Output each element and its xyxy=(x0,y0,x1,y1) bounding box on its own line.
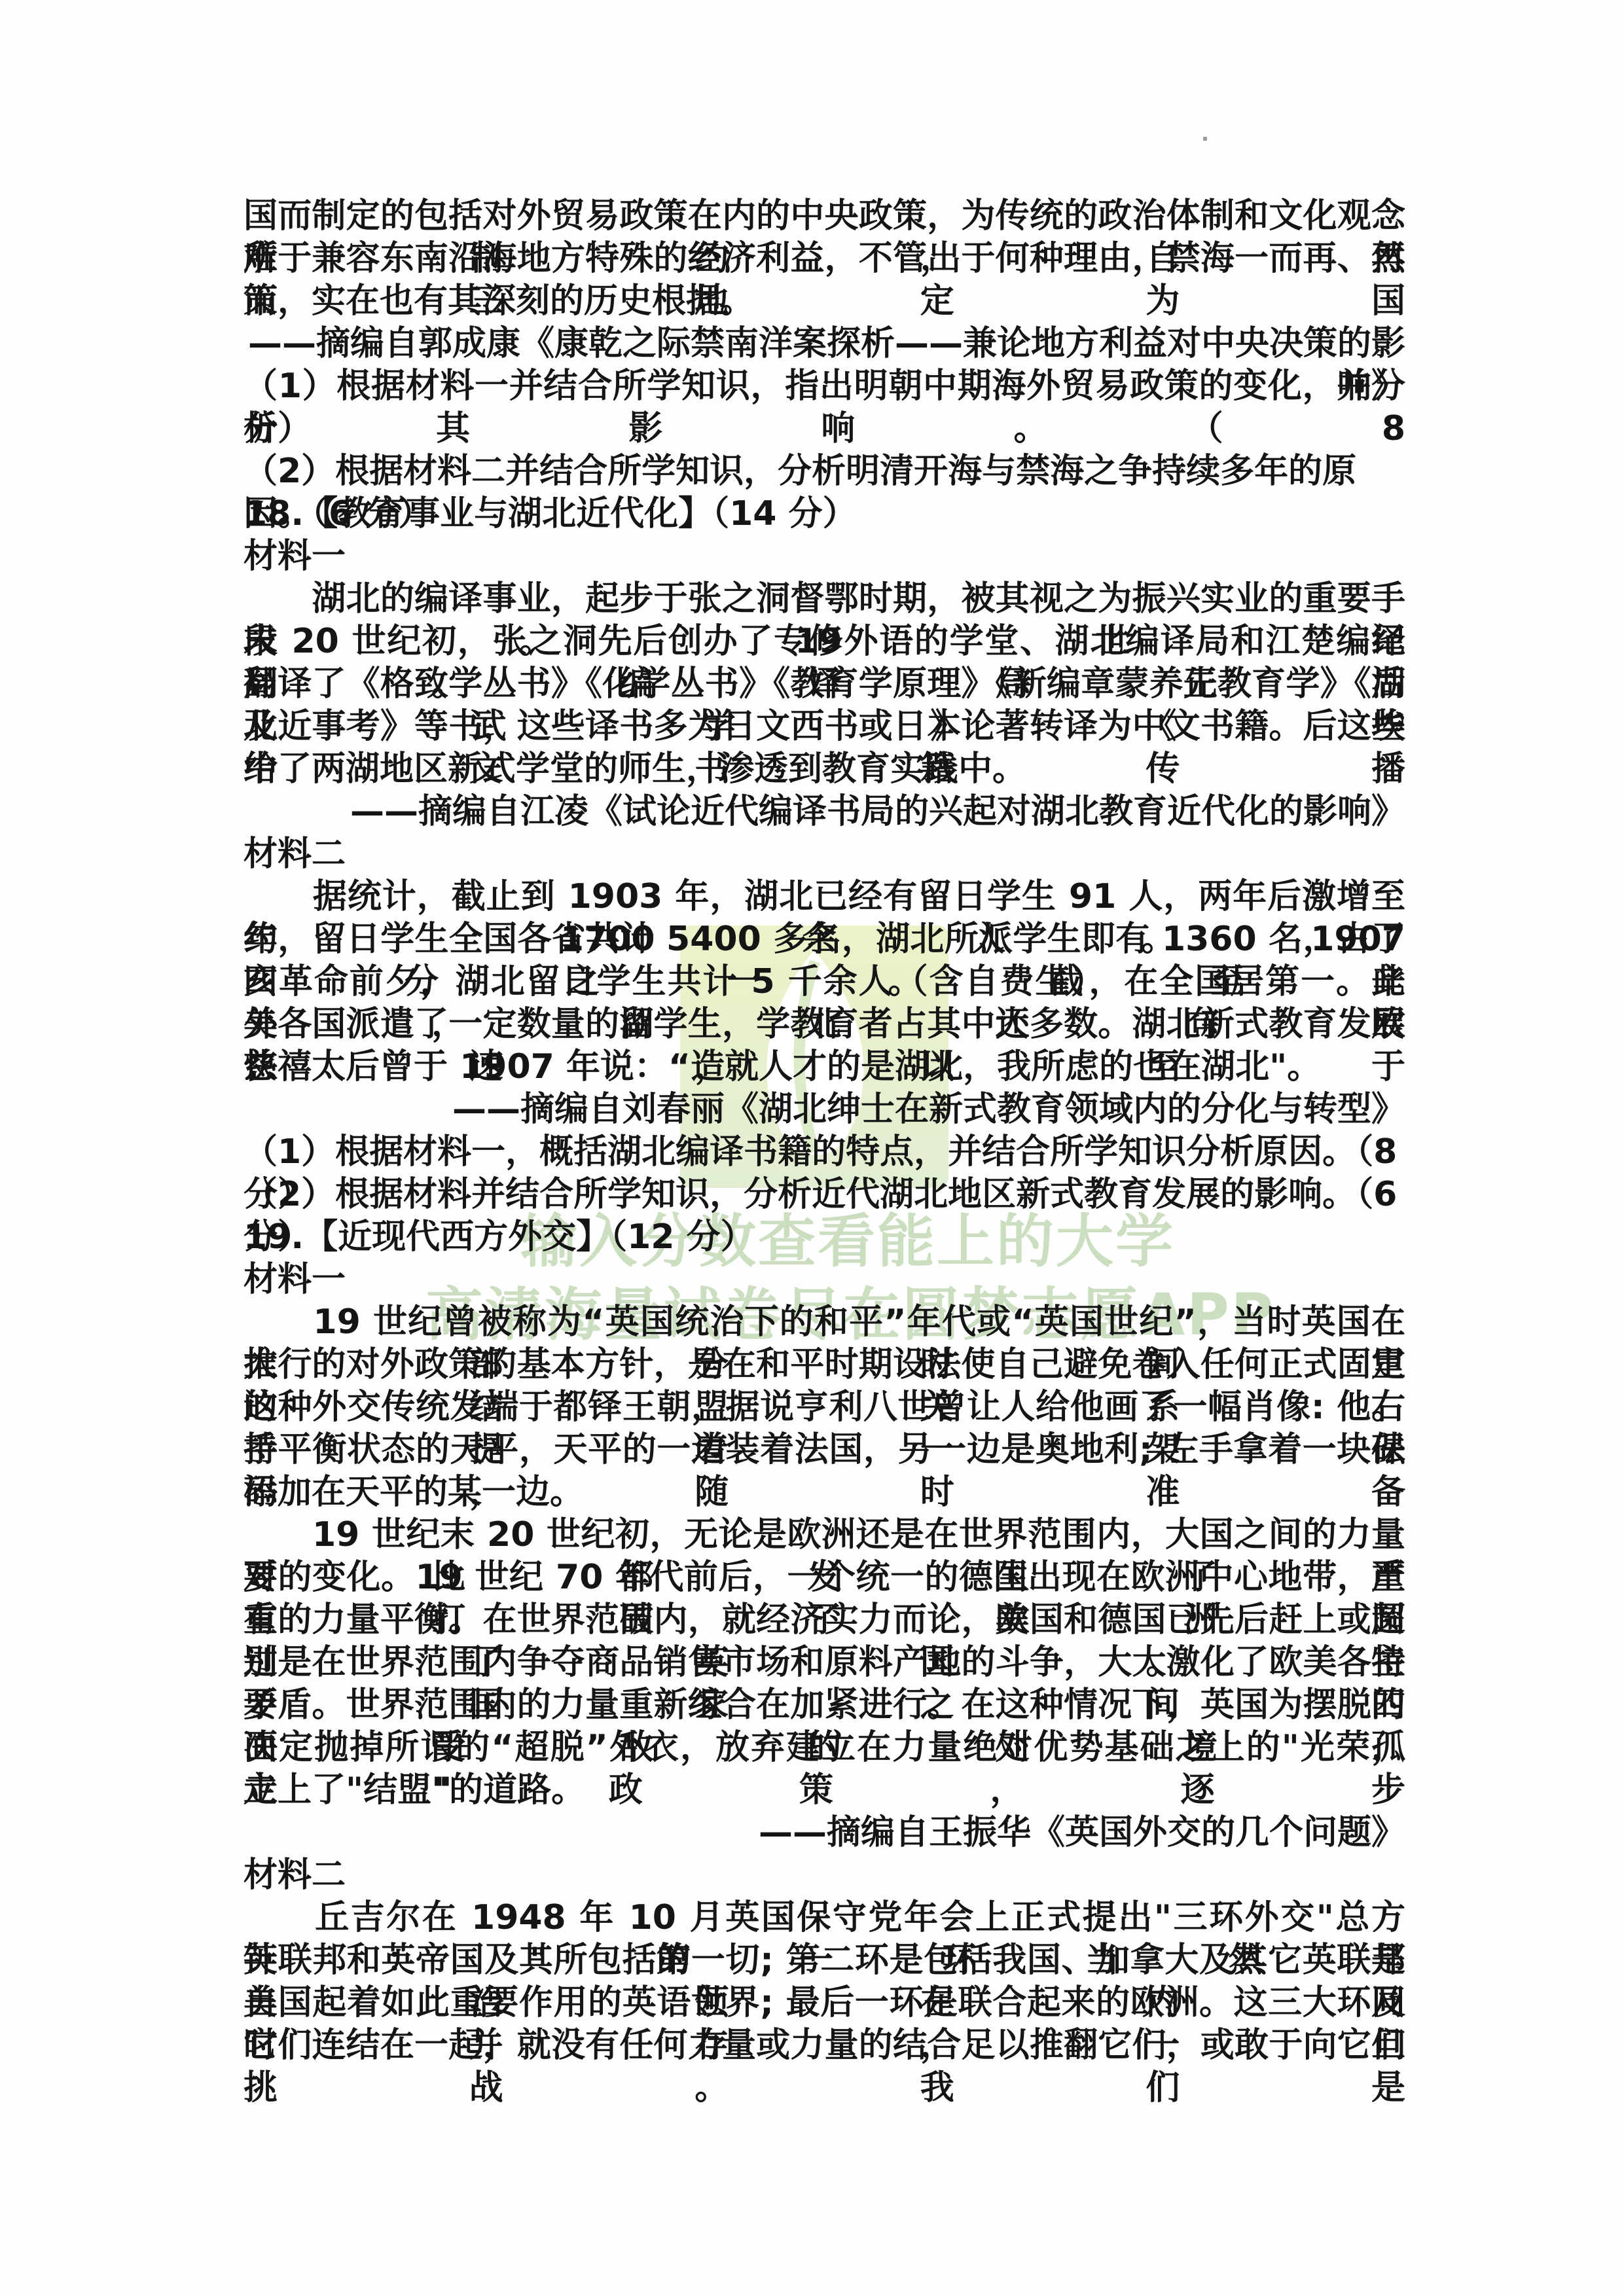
text-line: 它们连结在一起，就没有任何力量或力量的结合足以推翻它们，或敢于向它们挑战。我们是 xyxy=(244,2024,1405,2067)
text-line: 英联邦和英帝国及其所包括的一切; 第二环是包括我国、加拿大及其它英联邦自治领在内… xyxy=(244,1939,1405,1982)
text-layer: 国而制定的包括对外贸易政策在内的中央政策，为传统的政治体制和文化观念所制约，自然… xyxy=(244,195,1405,2067)
text-line: 推行的对外政策的基本方针，是在和平时期设法使自己避免卷入任何正式固定的结盟关系。 xyxy=(244,1344,1405,1386)
text-line: ——摘编自江凌《试论近代编译书局的兴起对湖北教育近代化的影响》 xyxy=(244,791,1405,833)
text-line: 持平衡状态的天平，天平的一边装着法国，另一边是奥地利; 左手拿着一块砝码，随时准… xyxy=(244,1429,1405,1471)
text-line: （1）根据材料一，概括湖北编译书籍的特点，并结合所学知识分析原因。（8 分） xyxy=(244,1131,1405,1174)
text-line: 亥革命前夕，湖北留日学生共计 5 千余人（含自费生），在全国居第一。此外，湖北还… xyxy=(244,961,1405,1003)
text-line: 有的力量平衡。在世界范围内，就经济实力而论，美国和德国已先后赶上或超过了英国。特 xyxy=(244,1599,1405,1641)
text-line: 美国起着如此重要作用的英语世界; 最后一环是联合起来的欧洲。这三大环同时并存，一… xyxy=(244,1982,1405,2024)
text-line: 难于兼容东南沿海地方特殊的经济利益，不管出于何种理由，禁海一而再、再而三地定为国 xyxy=(244,238,1405,280)
text-line: （1）根据材料一并结合所学知识，指出明朝中期海外贸易政策的变化，并分析其影响。（… xyxy=(244,365,1405,408)
text-line: 翻译了《格致学丛书》《化学丛书》《教育学原理》《新编章蒙养正教育学》《湖北武学》… xyxy=(244,663,1405,706)
text-line: 19 世纪末 20 世纪初，无论是欧洲还是在世界范围内，大国之间的力量对比都发生… xyxy=(244,1514,1405,1556)
text-line: 及近事考》等书，这些译书多为日文西书或日本论著转译为中文书籍。后这些中文书籍传播 xyxy=(244,706,1405,748)
text-line: 材料二 xyxy=(244,1854,1405,1897)
text-line: 慈禧太后曾于 1907 年说：“造就人才的是湖北，我所虑的也在湖北"。 xyxy=(244,1046,1405,1088)
text-line: 丘吉尔在 1948 年 10 月英国保守党年会上正式提出"三环外交"总方针："第… xyxy=(244,1897,1405,1939)
text-line: 材料一 xyxy=(244,535,1405,578)
text-line: 末 20 世纪初，张之洞先后创办了专修外语的学堂、湖北编译局和江楚编译局。编译局… xyxy=(244,620,1405,663)
text-line: 别是在世界范围内争夺商品销售市场和原料产地的斗争，大大激化了欧美各主要国家之间的 xyxy=(244,1641,1405,1684)
scan-artifact-dot xyxy=(1203,137,1207,141)
text-line: 湖北的编译事业，起步于张之洞督鄂时期，被其视之为振兴实业的重要手段。19 世纪 xyxy=(244,578,1405,620)
text-line: 这种外交传统发端于都铎王朝，据说亨利八世曾让人给他画了一幅肖像: 他右手提着一架… xyxy=(244,1386,1405,1429)
text-line: 年，留日学生全国各省共计 5400 多名，湖北所派学生即有 1360 名，占了四… xyxy=(244,918,1405,961)
text-line: 18.【教育事业与湖北近代化】（14 分） xyxy=(244,493,1405,535)
text-line: 决定抛掉所谓的“超脱”外衣，放弃建立在力量绝对优势基础之上的"光荣孤立"政策，逐… xyxy=(244,1727,1405,1769)
text-line: 材料一 xyxy=(244,1259,1405,1301)
text-line: 美各国派遣了一定数量的留学生，学教育者占其中大多数。湖北新式教育发展快速，以至于 xyxy=(244,1003,1405,1046)
text-line: ——摘编自刘春丽《湖北绅士在新式教育领域内的分化与转型》 xyxy=(244,1088,1405,1131)
text-line: 国而制定的包括对外贸易政策在内的中央政策，为传统的政治体制和文化观念所制约，自然 xyxy=(244,195,1405,238)
text-line: 19.【近现代西方外交】（12 分） xyxy=(244,1216,1405,1259)
text-line: ——摘编自郭成康《康乾之际禁南洋案探析——兼论地方利益对中央决策的影响》 xyxy=(244,323,1405,365)
text-line: 要的变化。19 世纪 70 年代前后，一个统一的德国出现在欧洲中心地带，严重打破… xyxy=(244,1556,1405,1599)
text-line: 材料二 xyxy=(244,833,1405,876)
text-line: （2）根据材料二并结合所学知识，分析明清开海与禁海之争持续多年的原因。（6 分） xyxy=(244,450,1405,493)
text-line: 矛盾。世界范围内的力量重新组合在加紧进行。在这种情况下，英国为摆脱四面受敌的处境… xyxy=(244,1684,1405,1727)
text-line: 据统计，截止到 1903 年，湖北已经有留日学生 91 人，两年后激增至约 17… xyxy=(244,876,1405,918)
text-line: （2）根据材料并结合所学知识，分析近代湖北地区新式教育发展的影响。（6 分） xyxy=(244,1174,1405,1216)
exam-page: 输入分数查看能上的大学 高清海量试卷尽在圆梦志愿APP 国而制定的包括对外贸易政… xyxy=(0,0,1624,2296)
text-line: ——摘编自王振华《英国外交的几个问题》 xyxy=(244,1812,1405,1854)
text-line: 19 世纪曾被称为“英国统治下的和平”年代或“英国世纪”，当时英国在大部分时间里 xyxy=(244,1301,1405,1344)
